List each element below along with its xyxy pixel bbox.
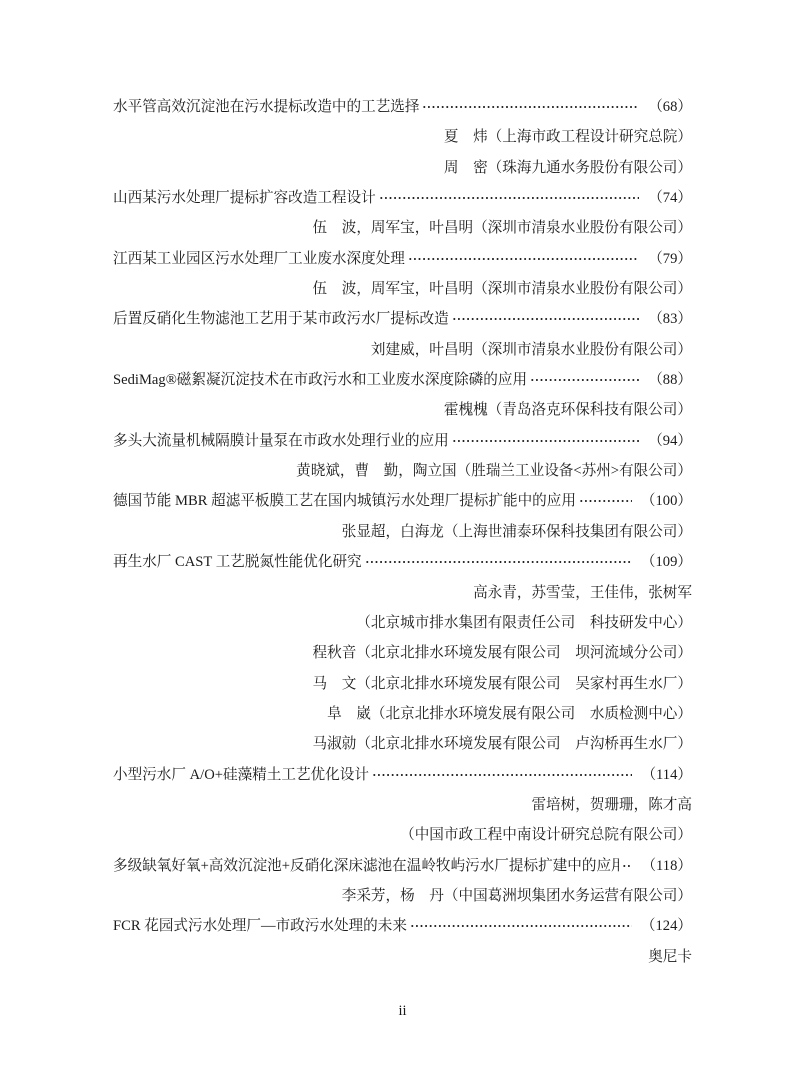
dot-leader [365, 547, 632, 577]
toc-entry: 小型污水厂 A/O+硅藻精土工艺优化设计 （114） 雷培树，贺珊珊，陈才高（中… [113, 760, 692, 851]
toc-entry-author-line: 程秋音（北京北排水环境发展有限公司 坝河流域分公司） [113, 638, 692, 668]
dot-leader [422, 92, 639, 122]
toc-entry-author-line: 刘建威，叶昌明（深圳市清泉水业股份有限公司） [113, 335, 692, 365]
toc-entry: FCR 花园式污水处理厂—市政污水处理的未来 （124） 奥尼卡 [113, 911, 692, 972]
toc-entry-title: 德国节能 MBR 超滤平板膜工艺在国内城镇污水处理厂提标扩能中的应用 [113, 486, 576, 516]
toc-entry: 山西某污水处理厂提标扩容改造工程设计 （74） 伍 波，周军宝，叶昌明（深圳市清… [113, 183, 692, 244]
toc-entry-title: 江西某工业园区污水处理厂工业废水深度处理 [113, 244, 405, 274]
toc-entry-title: 多头大流量机械隔膜计量泵在市政水处理行业的应用 [113, 426, 449, 456]
toc-entry: 再生水厂 CAST 工艺脱氮性能优化研究 （109） 高永青，苏雪莹，王佳伟，张… [113, 547, 692, 759]
toc-entry-title: 小型污水厂 A/O+硅藻精土工艺优化设计 [113, 760, 369, 790]
toc-entry-title: 山西某污水处理厂提标扩容改造工程设计 [113, 183, 376, 213]
toc-entry-heading: 山西某污水处理厂提标扩容改造工程设计 （74） [113, 183, 692, 213]
dot-leader [579, 486, 632, 516]
toc-entry: 后置反硝化生物滤池工艺用于某市政污水厂提标改造 （83） 刘建威，叶昌明（深圳市… [113, 304, 692, 365]
document-page: 水平管高效沉淀池在污水提标改造中的工艺选择 （68） 夏 炜（上海市政工程设计研… [0, 0, 800, 1086]
toc-entry-page-number: （74） [648, 183, 692, 213]
toc-entry-heading: 德国节能 MBR 超滤平板膜工艺在国内城镇污水处理厂提标扩能中的应用 （100） [113, 486, 692, 516]
toc-entry-author-line: 奥尼卡 [113, 942, 692, 972]
page-footer: ii [113, 1001, 692, 1021]
dot-leader [452, 426, 640, 456]
toc-entry-author-line: 周 密（珠海九通水务股份有限公司） [113, 153, 692, 183]
toc-entry-heading: SediMag®磁絮凝沉淀技术在市政污水和工业废水深度除磷的应用 （88） [113, 365, 692, 395]
toc-entry-author-line: 夏 炜（上海市政工程设计研究总院） [113, 122, 692, 152]
toc-entry-title: SediMag®磁絮凝沉淀技术在市政污水和工业废水深度除磷的应用 [113, 365, 527, 395]
toc-entry-page-number: （118） [641, 851, 692, 881]
toc-entry-heading: 水平管高效沉淀池在污水提标改造中的工艺选择 （68） [113, 92, 692, 122]
toc-entry-author-line: 黄晓斌，曹 勤，陶立国（胜瑞兰工业设备<苏州>有限公司） [113, 456, 692, 486]
toc-entry-heading: 多头大流量机械隔膜计量泵在市政水处理行业的应用 （94） [113, 426, 692, 456]
toc-entry-page-number: （109） [641, 547, 692, 577]
toc-entry-author-line: 雷培树，贺珊珊，陈才高 [113, 790, 692, 820]
toc-entry-heading: 后置反硝化生物滤池工艺用于某市政污水厂提标改造 （83） [113, 304, 692, 334]
toc-entry-author-line: 张显超，白海龙（上海世浦泰环保科技集团有限公司） [113, 517, 692, 547]
toc-entry: 多头大流量机械隔膜计量泵在市政水处理行业的应用 （94） 黄晓斌，曹 勤，陶立国… [113, 426, 692, 487]
dot-leader [410, 911, 632, 941]
toc-entry: 德国节能 MBR 超滤平板膜工艺在国内城镇污水处理厂提标扩能中的应用 （100）… [113, 486, 692, 547]
toc-entry: 多级缺氧好氧+高效沉淀池+反硝化深床滤池在温岭牧屿污水厂提标扩建中的应用 （11… [113, 851, 692, 912]
dot-leader [530, 365, 639, 395]
toc-entry-page-number: （114） [641, 760, 692, 790]
toc-entry-page-number: （94） [648, 426, 692, 456]
toc-entry-page-number: （100） [641, 486, 692, 516]
dot-leader [408, 244, 639, 274]
dot-leader [622, 851, 632, 881]
toc-entry-title: 再生水厂 CAST 工艺脱氮性能优化研究 [113, 547, 362, 577]
toc-entry-author-line: 李采芳，杨 丹（中国葛洲坝集团水务运营有限公司） [113, 881, 692, 911]
toc-entry-heading: 小型污水厂 A/O+硅藻精土工艺优化设计 （114） [113, 760, 692, 790]
toc-entry-title: 后置反硝化生物滤池工艺用于某市政污水厂提标改造 [113, 304, 449, 334]
dot-leader [452, 304, 640, 334]
toc-entry-title: FCR 花园式污水处理厂—市政污水处理的未来 [113, 911, 407, 941]
toc-entry-page-number: （83） [648, 304, 692, 334]
toc-entry-author-line: 伍 波，周军宝，叶昌明（深圳市清泉水业股份有限公司） [113, 274, 692, 304]
toc-entry-author-line: 伍 波，周军宝，叶昌明（深圳市清泉水业股份有限公司） [113, 213, 692, 243]
toc-entry-heading: 江西某工业园区污水处理厂工业废水深度处理 （79） [113, 244, 692, 274]
toc-entry-title: 水平管高效沉淀池在污水提标改造中的工艺选择 [113, 92, 419, 122]
toc-entry-page-number: （68） [648, 92, 692, 122]
toc-entry: 水平管高效沉淀池在污水提标改造中的工艺选择 （68） 夏 炜（上海市政工程设计研… [113, 92, 692, 183]
toc-entry-heading: 再生水厂 CAST 工艺脱氮性能优化研究 （109） [113, 547, 692, 577]
toc-entry-author-line: 高永青，苏雪莹，王佳伟，张树军 [113, 578, 692, 608]
toc-entry-author-line: 阜 崴（北京北排水环境发展有限公司 水质检测中心） [113, 699, 692, 729]
toc-entry: SediMag®磁絮凝沉淀技术在市政污水和工业废水深度除磷的应用 （88） 霍槐… [113, 365, 692, 426]
toc-entry-page-number: （124） [641, 911, 692, 941]
toc-entry-title: 多级缺氧好氧+高效沉淀池+反硝化深床滤池在温岭牧屿污水厂提标扩建中的应用 [113, 851, 619, 881]
dot-leader [379, 183, 640, 213]
footer-page-number: ii [398, 1003, 406, 1019]
toc-entry: 江西某工业园区污水处理厂工业废水深度处理 （79） 伍 波，周军宝，叶昌明（深圳… [113, 244, 692, 305]
toc-entry-page-number: （88） [648, 365, 692, 395]
toc-entry-heading: 多级缺氧好氧+高效沉淀池+反硝化深床滤池在温岭牧屿污水厂提标扩建中的应用 （11… [113, 851, 692, 881]
dot-leader [372, 760, 633, 790]
toc-entry-heading: FCR 花园式污水处理厂—市政污水处理的未来 （124） [113, 911, 692, 941]
toc-entry-author-line: 马 文（北京北排水环境发展有限公司 吴家村再生水厂） [113, 669, 692, 699]
toc-entry-page-number: （79） [648, 244, 692, 274]
toc-list: 水平管高效沉淀池在污水提标改造中的工艺选择 （68） 夏 炜（上海市政工程设计研… [113, 92, 692, 972]
toc-entry-author-line: 马淑勍（北京北排水环境发展有限公司 卢沟桥再生水厂） [113, 729, 692, 759]
toc-entry-author-line: （中国市政工程中南设计研究总院有限公司） [113, 820, 692, 850]
toc-entry-author-line: 霍槐槐（青岛洛克环保科技有限公司） [113, 395, 692, 425]
toc-entry-author-line: （北京城市排水集团有限责任公司 科技研发中心） [113, 608, 692, 638]
